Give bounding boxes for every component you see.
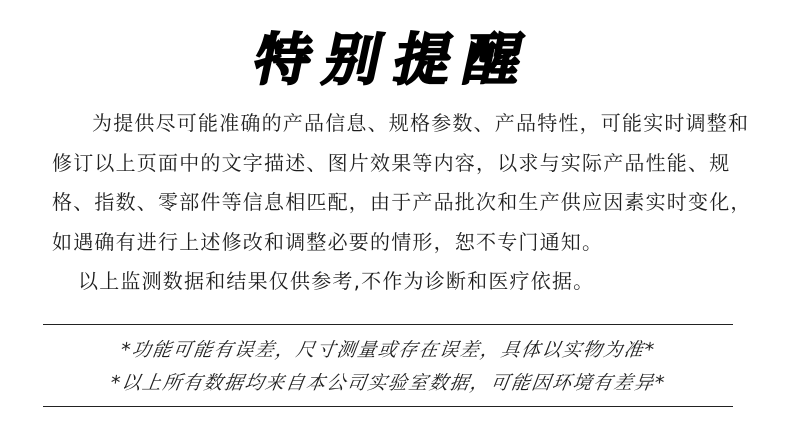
disclaimer-paragraph: 以上监测数据和结果仅供参考,不作为诊断和医疗依据。 xyxy=(52,262,752,302)
notice-body: 为提供尽可能准确的产品信息、规格参数、产品特性，可能实时调整和修订以上页面中的文… xyxy=(52,104,752,302)
top-divider xyxy=(43,324,733,325)
notice-paragraph: 为提供尽可能准确的产品信息、规格参数、产品特性，可能实时调整和修订以上页面中的文… xyxy=(52,104,752,262)
note-line: *以上所有数据均来自本公司实验室数据，可能因环境有差异* xyxy=(41,367,736,400)
bottom-divider xyxy=(43,406,733,407)
page-title: 特别提醒 xyxy=(0,26,790,96)
notes-block: *功能可能有误差，尺寸测量或存在误差，具体以实物为准* *以上所有数据均来自本公… xyxy=(43,334,733,400)
note-line: *功能可能有误差，尺寸测量或存在误差，具体以实物为准* xyxy=(41,334,736,367)
